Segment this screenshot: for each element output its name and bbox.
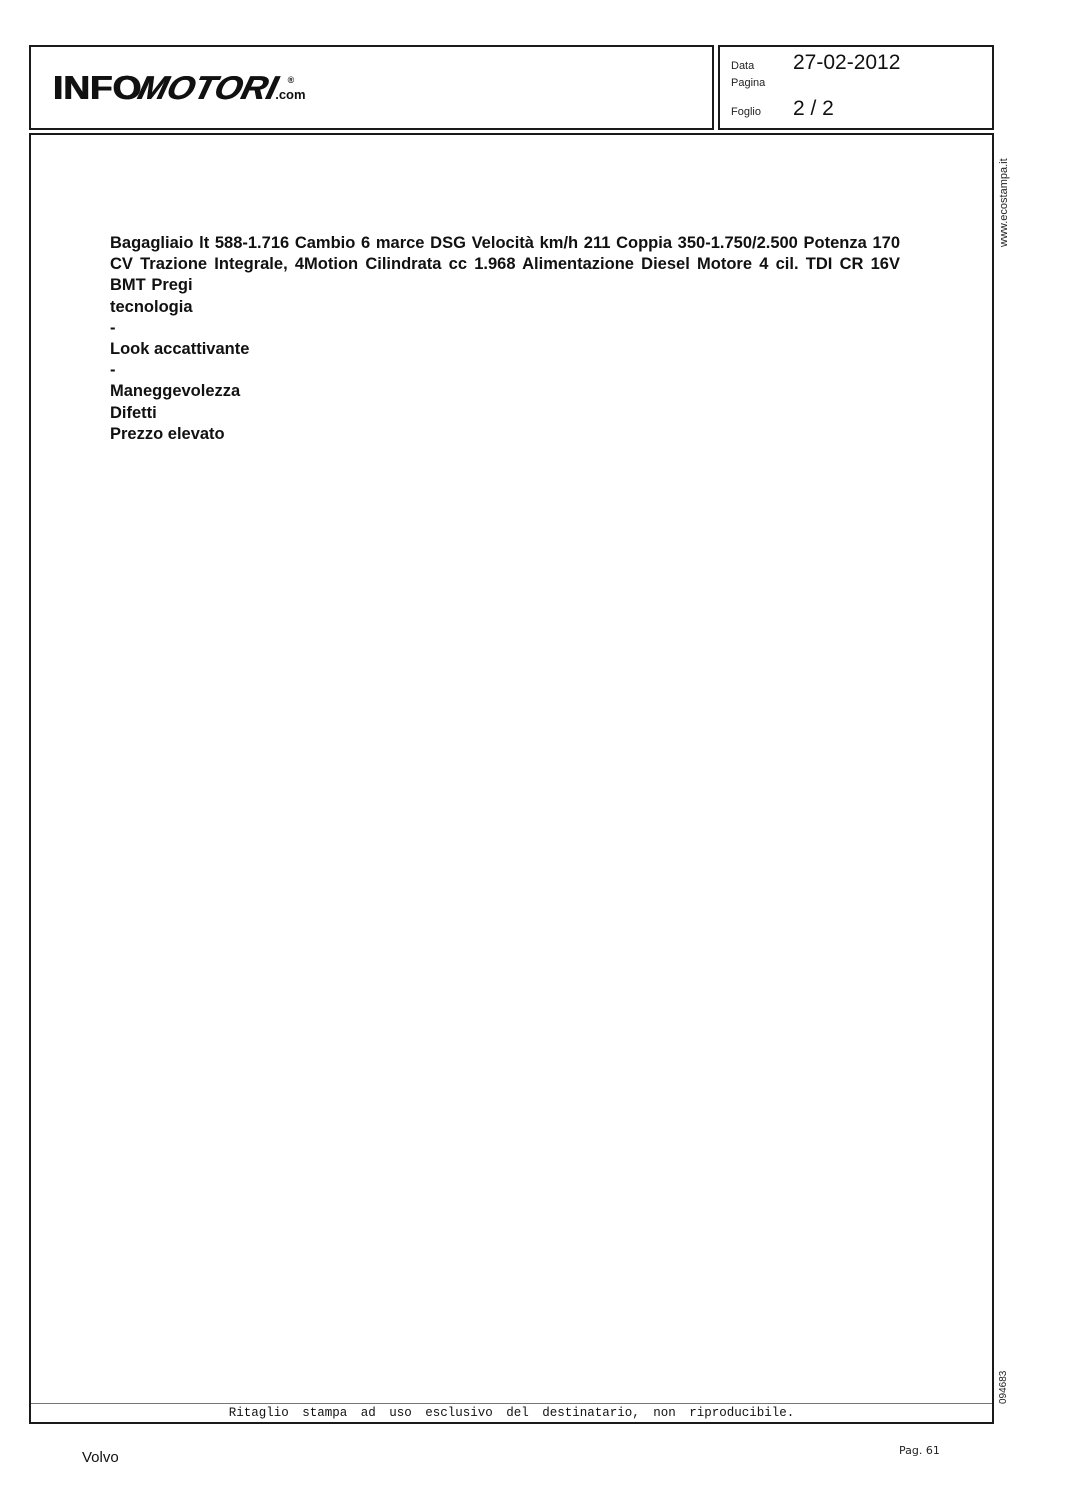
article-line: -: [110, 318, 900, 339]
data-label: Data: [731, 60, 793, 72]
meta-row-foglio: Foglio 2 / 2: [731, 97, 834, 121]
article-line: Look accattivante: [110, 339, 900, 360]
registered-mark-icon: ®: [288, 75, 295, 85]
data-value: 27-02-2012: [793, 51, 900, 75]
header-meta-box: Data 27-02-2012 Pagina Foglio 2 / 2: [718, 45, 994, 130]
side-url-text: www.ecostampa.it: [998, 158, 1010, 247]
side-code-text: 094683: [998, 1371, 1009, 1404]
meta-row-data: Data 27-02-2012: [731, 51, 900, 75]
footer-divider: [31, 1403, 992, 1404]
article-line: Difetti: [110, 403, 900, 424]
logo-suffix: .com: [275, 87, 305, 102]
article-line: Maneggevolezza: [110, 381, 900, 402]
foglio-label: Foglio: [731, 106, 793, 118]
page-source-label: Volvo: [82, 1449, 119, 1466]
article-line: Prezzo elevato: [110, 424, 900, 445]
infomotori-logo: INFO MOTORI .com ®: [53, 69, 294, 107]
meta-row-pagina: Pagina: [731, 77, 793, 89]
article-specs-paragraph: Bagagliaio lt 588-1.716 Cambio 6 marce D…: [110, 233, 900, 297]
page-number: Pag. 61: [899, 1444, 940, 1457]
header-logo-box: INFO MOTORI .com ®: [29, 45, 714, 130]
article-line: -: [110, 360, 900, 381]
logo-part-info: INFO: [53, 69, 141, 107]
article-body: Bagagliaio lt 588-1.716 Cambio 6 marce D…: [110, 233, 900, 445]
logo-part-motori: MOTORI: [134, 69, 281, 107]
article-line: tecnologia: [110, 297, 900, 318]
footer-copyright-note: Ritaglio stampa ad uso esclusivo del des…: [31, 1406, 992, 1420]
pagina-label: Pagina: [731, 77, 793, 89]
foglio-value: 2 / 2: [793, 97, 834, 121]
